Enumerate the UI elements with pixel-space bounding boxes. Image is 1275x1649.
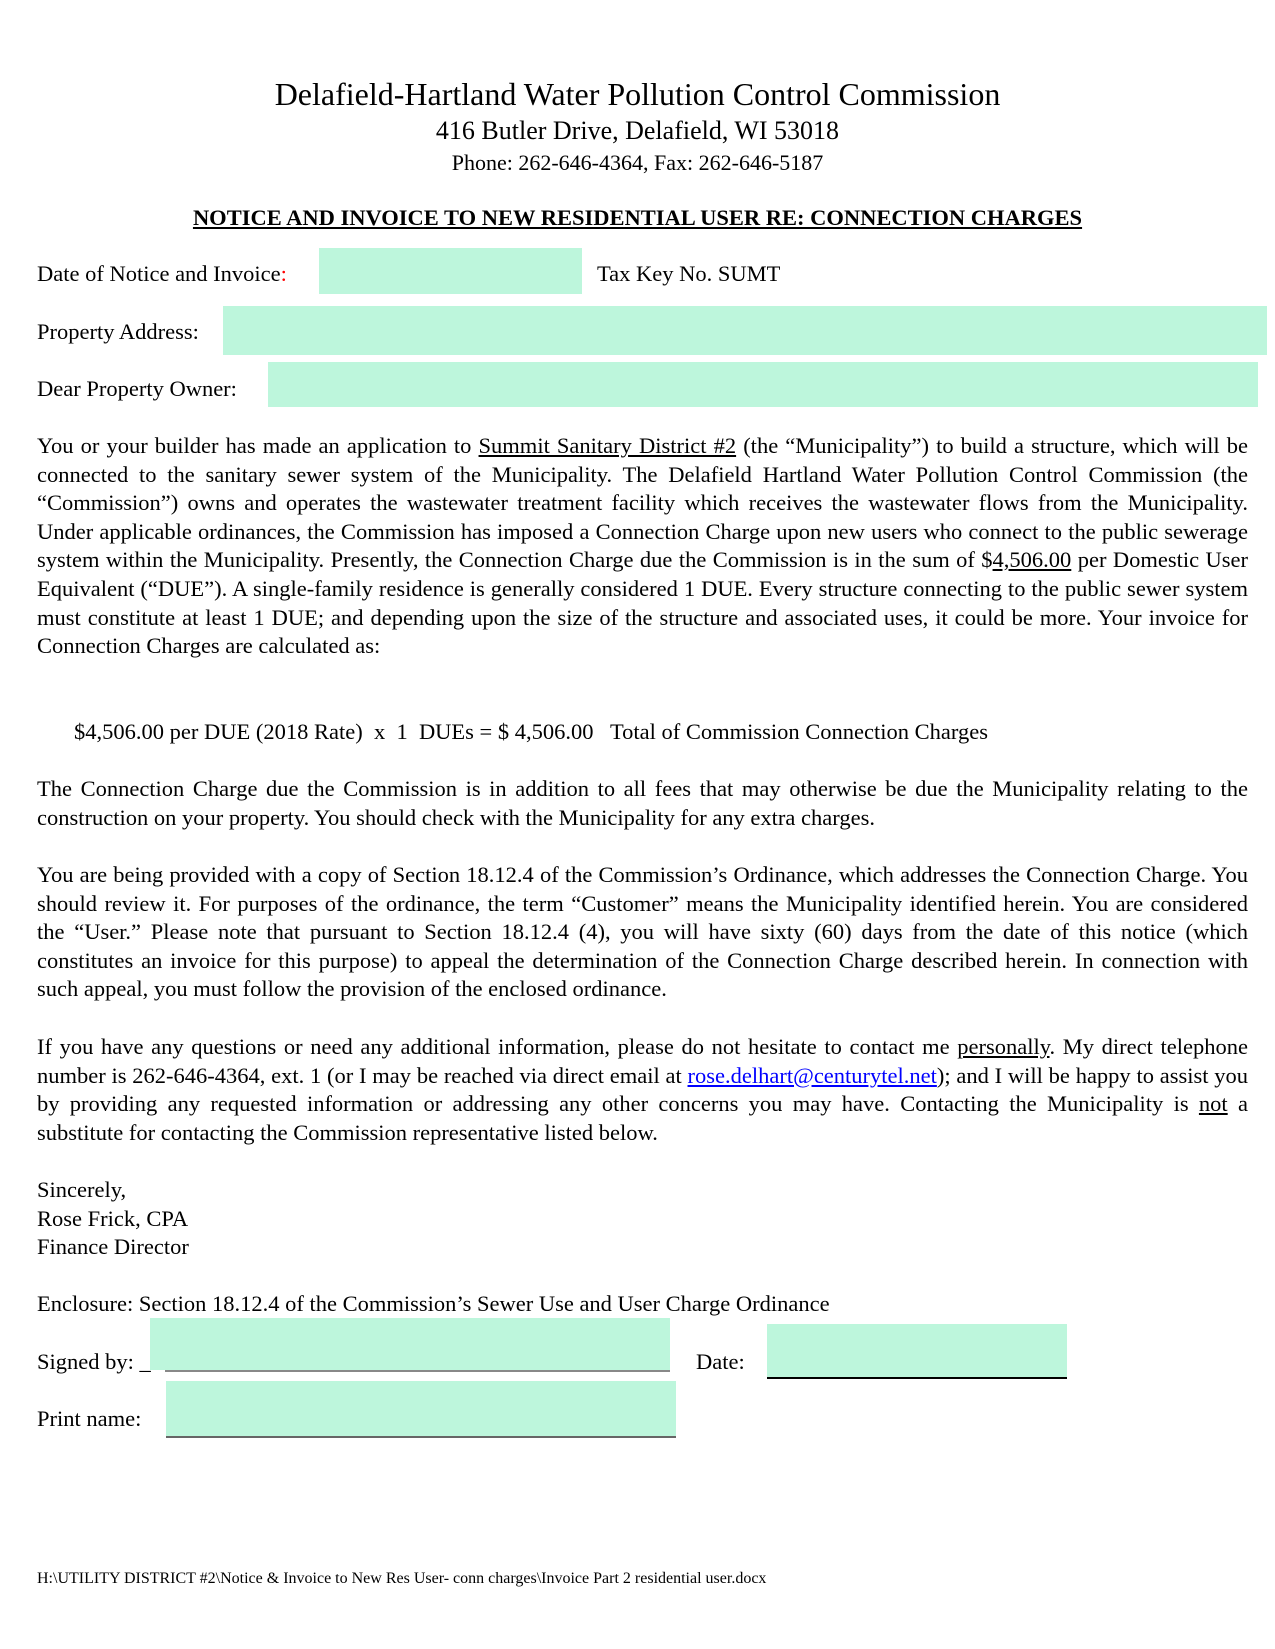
property-address-label: Property Address:	[37, 318, 199, 347]
document-title: NOTICE AND INVOICE TO NEW RESIDENTIAL US…	[0, 205, 1275, 231]
date-of-notice-label: Date of Notice and Invoice:	[37, 260, 287, 289]
signed-by-field[interactable]	[150, 1318, 670, 1370]
print-name-label: Print name:	[37, 1405, 141, 1434]
property-owner-field[interactable]	[268, 362, 1258, 407]
paragraph-contact: If you have any questions or need any ad…	[37, 1033, 1248, 1147]
enclosure-note: Enclosure: Section 18.12.4 of the Commis…	[37, 1290, 830, 1319]
signer-role: Finance Director	[37, 1233, 189, 1262]
signature-date-label: Date:	[696, 1348, 745, 1377]
org-address: 416 Butler Drive, Delafield, WI 53018	[0, 116, 1275, 146]
signed-by-label: Signed by: _	[37, 1348, 151, 1377]
paragraph-additional-fees: The Connection Charge due the Commission…	[37, 775, 1248, 832]
print-name-underline	[166, 1436, 676, 1438]
tax-key-label: Tax Key No. SUMT	[597, 260, 780, 289]
emphasis-personally: personally	[957, 1034, 1049, 1059]
org-contact: Phone: 262-646-4364, Fax: 262-646-5187	[0, 150, 1275, 176]
property-owner-label: Dear Property Owner:	[37, 375, 237, 404]
property-address-field[interactable]	[223, 306, 1267, 355]
print-name-field[interactable]	[166, 1381, 676, 1436]
email-link[interactable]: rose.delhart@centurytel.net	[688, 1063, 937, 1088]
municipality-name: Summit Sanitary District #2	[479, 433, 737, 458]
signature-date-field[interactable]	[767, 1324, 1067, 1377]
date-of-notice-field[interactable]	[319, 248, 582, 294]
org-name: Delafield-Hartland Water Pollution Contr…	[0, 76, 1275, 112]
closing-salutation: Sincerely,	[37, 1176, 126, 1205]
connection-charge-amount: 4,506.00	[993, 547, 1072, 572]
signature-date-underline	[767, 1377, 1067, 1379]
charge-calculation: $4,506.00 per DUE (2018 Rate) x 1 DUEs =…	[74, 718, 988, 747]
emphasis-not: not	[1199, 1091, 1228, 1116]
paragraph-ordinance: You are being provided with a copy of Se…	[37, 861, 1248, 1004]
file-path-footer: H:\UTILITY DISTRICT #2\Notice & Invoice …	[37, 1570, 766, 1588]
paragraph-application: You or your builder has made an applicat…	[37, 432, 1248, 661]
required-marker: :	[281, 261, 287, 286]
signer-name: Rose Frick, CPA	[37, 1205, 188, 1234]
signed-by-underline	[165, 1370, 670, 1372]
